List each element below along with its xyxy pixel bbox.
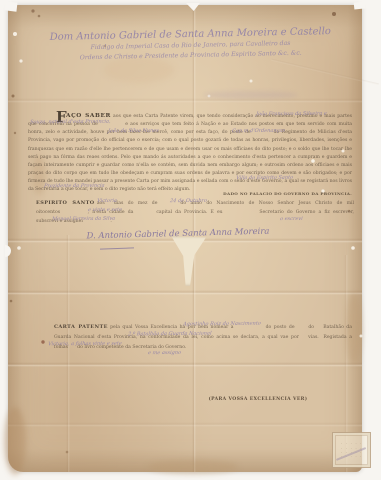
stain-bottom-center (148, 460, 238, 474)
diagonal-crease-top-right (271, 59, 379, 86)
faded-ink-smudge (203, 91, 298, 99)
fold-crease-horizontal-1 (8, 98, 362, 103)
handwritten-insert: Villa do Espirito Santo (236, 175, 294, 181)
fold-crease-horizontal-5 (8, 422, 362, 427)
document-paper: Dom Antonio Gabriel de Santa Anna Moreir… (8, 5, 362, 472)
handwritten-insert: João Francisco da Silveira e (256, 111, 328, 118)
document-header: Dom Antonio Gabriel de Santa Anna Moreir… (38, 25, 344, 64)
handwritten-insert: e me assigno (148, 350, 182, 356)
handwritten-insert: Manoel Ferreira da Silva (52, 216, 116, 223)
handwritten-insert: Prezidente da Provincia (44, 183, 105, 190)
handwritten-insert: 2.º Batalhão da Guarda Nacional (128, 331, 212, 338)
fold-crease-vertical-left (66, 235, 70, 472)
center-tear-patch (168, 236, 208, 286)
handwritten-insert: e vinte e sete (88, 207, 123, 213)
footer-caps-line: (PARA VOSSA EXCELLENCIA VER) (158, 397, 358, 402)
dateline-caps: DADO NO PALACIO DO GOVERNO DA PROVINCIA. (223, 191, 352, 196)
fold-crease-horizontal-4 (8, 362, 362, 367)
top-edge-notch (186, 3, 200, 11)
top-right-tear (354, 1, 366, 9)
top-left-tear (4, 1, 17, 11)
handwritten-insert: Cap.m d'Ordenanças (232, 128, 286, 134)
embossed-stamp: · · · · · · · · · · · · · · · · · · · · (332, 432, 371, 468)
signature-rubric (100, 247, 134, 249)
handwritten-insert: Agostinho Roiz do Nascimento (183, 321, 262, 328)
handwritten-insert: 24 de Outubro (170, 198, 208, 204)
body-print-text: aos que esta Carta Patente virem, que te… (28, 114, 352, 192)
handwritten-insert: Victoria, a folhas vinte e sete (48, 341, 123, 348)
registration-lead: ESPIRITO SANTO (36, 200, 95, 206)
handwritten-insert: o escrevi (280, 216, 304, 222)
handwritten-insert: Victoria (97, 198, 118, 204)
stain-left-bottom (4, 407, 26, 475)
fold-crease-horizontal-3 (8, 290, 362, 295)
handwritten-insert: Souza, natural d'esta Provincia, (30, 119, 111, 126)
carta-patente-lead: CARTA PATENTE (54, 324, 108, 330)
photo-background: Dom Antonio Gabriel de Santa Anna Moreir… (0, 0, 381, 480)
left-edge-notch (5, 245, 11, 257)
handwritten-insert: João da Silva Nunes (108, 128, 160, 134)
